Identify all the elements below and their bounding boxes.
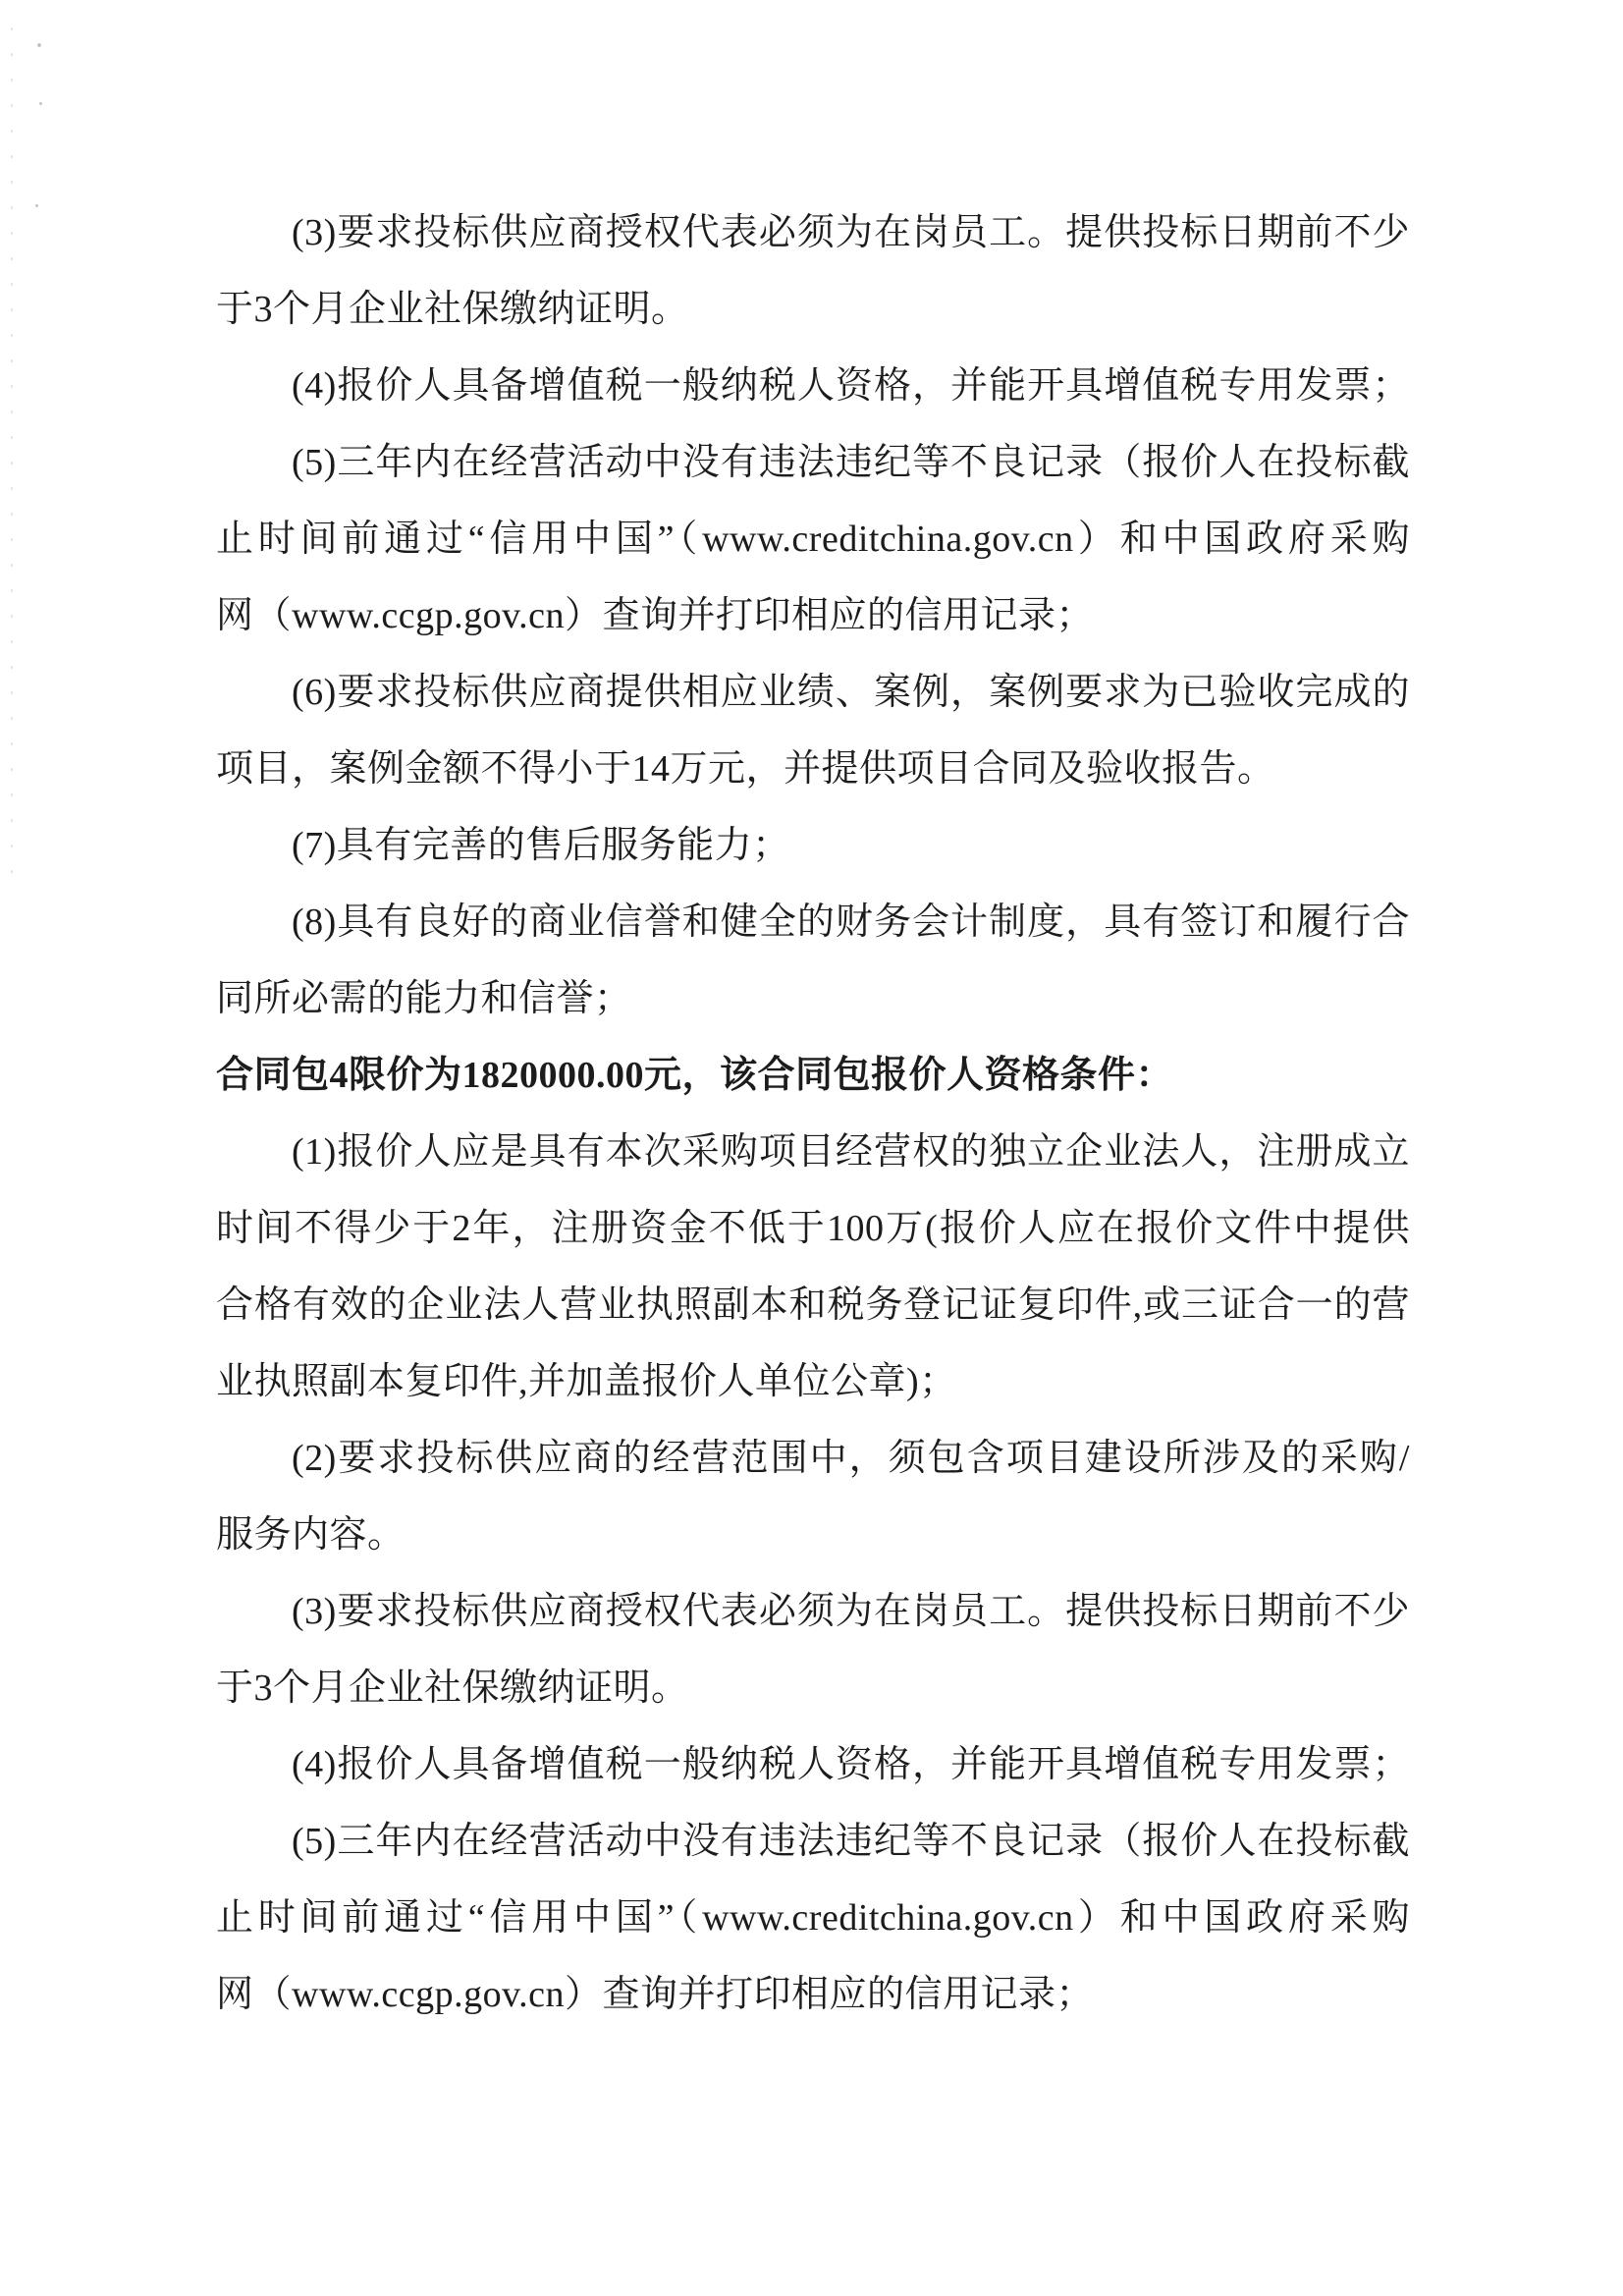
text-line: 网（www.ccgp.gov.cn）查询并打印相应的信用记录； (216, 577, 1410, 654)
text-line: (2)要求投标供应商的经营范围中，须包含项目建设所涉及的采购/ (216, 1420, 1410, 1497)
document-body: (3)要求投标供应商授权代表必须为在岗员工。提供投标日期前不少 于3个月企业社保… (216, 194, 1410, 2033)
text-line: 服务内容。 (216, 1497, 1410, 1573)
scan-speck (35, 204, 38, 207)
scan-speck (37, 43, 41, 47)
scan-edge-artifact (11, 27, 13, 892)
text-line: 合格有效的企业法人营业执照副本和税务登记证复印件,或三证合一的营 (216, 1267, 1410, 1343)
text-line: 于3个月企业社保缴纳证明。 (216, 271, 1410, 348)
text-line: 项目，案例金额不得小于14万元，并提供项目合同及验收报告。 (216, 731, 1410, 807)
text-line: (4)报价人具备增值税一般纳税人资格，并能开具增值税专用发票； (216, 1726, 1410, 1803)
scan-speck (39, 102, 42, 105)
text-line: 止时间前通过“信用中国”（www.creditchina.gov.cn）和中国政… (216, 1880, 1410, 1956)
text-line: 同所必需的能力和信誉； (216, 960, 1410, 1037)
document-page: (3)要求投标供应商授权代表必须为在岗员工。提供投标日期前不少 于3个月企业社保… (0, 0, 1623, 2296)
text-line: (5)三年内在经营活动中没有违法违纪等不良记录（报价人在投标截 (216, 424, 1410, 501)
text-line: (8)具有良好的商业信誉和健全的财务会计制度，具有签订和履行合 (216, 884, 1410, 960)
text-line: 止时间前通过“信用中国”（www.creditchina.gov.cn）和中国政… (216, 501, 1410, 577)
package4-price-heading: 合同包4限价为1820000.00元，该合同包报价人资格条件： (216, 1037, 1410, 1114)
text-line: 业执照副本复印件,并加盖报价人单位公章)； (216, 1343, 1410, 1420)
text-line: (1)报价人应是具有本次采购项目经营权的独立企业法人，注册成立 (216, 1114, 1410, 1190)
text-line: (6)要求投标供应商提供相应业绩、案例，案例要求为已验收完成的 (216, 654, 1410, 731)
text-line: (7)具有完善的售后服务能力； (216, 807, 1410, 884)
text-line: 时间不得少于2年，注册资金不低于100万(报价人应在报价文件中提供 (216, 1190, 1410, 1267)
text-line: 于3个月企业社保缴纳证明。 (216, 1650, 1410, 1726)
text-line: (3)要求投标供应商授权代表必须为在岗员工。提供投标日期前不少 (216, 194, 1410, 271)
text-line: 网（www.ccgp.gov.cn）查询并打印相应的信用记录； (216, 1956, 1410, 2033)
text-line: (5)三年内在经营活动中没有违法违纪等不良记录（报价人在投标截 (216, 1803, 1410, 1880)
text-line: (3)要求投标供应商授权代表必须为在岗员工。提供投标日期前不少 (216, 1573, 1410, 1650)
text-line: (4)报价人具备增值税一般纳税人资格，并能开具增值税专用发票； (216, 348, 1410, 424)
